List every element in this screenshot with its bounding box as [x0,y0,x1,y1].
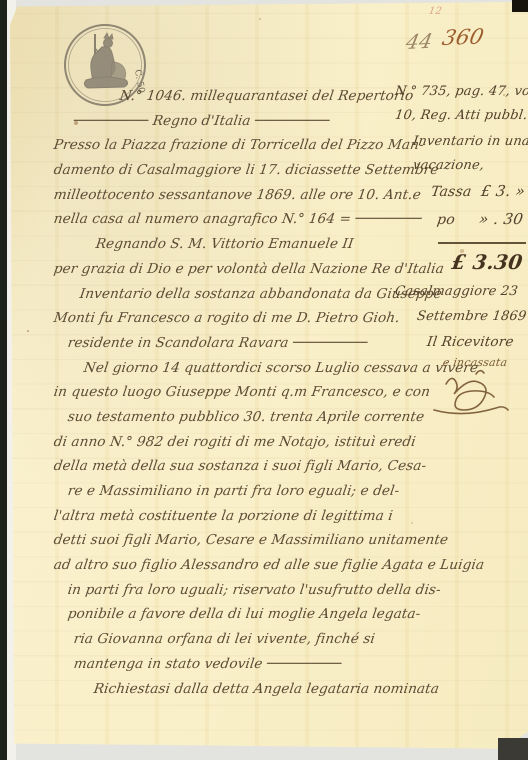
manuscript-line: ponibile a favore della di lui moglie An… [52,602,485,627]
margin-subject-line: Inventario in una [412,134,528,149]
fee-label: Tassa [430,184,473,200]
manuscript-line: mantenga in stato vedovile ───────── [52,652,485,677]
supplement-label: po [436,212,456,228]
manuscript-line: Richiestasi dalla detta Angela legataria… [52,677,485,702]
manuscript-scan: C. 50 44 360 12 N.° 1046. millequarantas… [0,0,528,760]
fee-sum-rule [438,242,526,244]
place-date-line: Casalmaggiore 23 [394,284,519,299]
folio-number-right: 360 [440,25,486,50]
manuscript-line: milleottocento sessantanove 1869. alle o… [52,183,485,208]
manuscript-line: suo testamento pubblico 30. trenta April… [52,405,485,430]
scan-edge-bottomright [498,738,528,760]
corner-mark: 12 [428,6,443,17]
manuscript-line: nella casa al numero anagrafico N.° 164 … [52,207,485,232]
manuscript-line: re e Massimiliano in parti fra loro egua… [52,479,485,504]
manuscript-line: detti suoi figli Mario, Cesare e Massimi… [52,528,485,553]
folio-number-left: 44 [404,29,435,54]
manuscript-line: ria Giovanna orfana di lei vivente, finc… [52,627,485,652]
manuscript-line: di anno N.° 982 dei rogiti di me Notajo,… [52,430,485,455]
registry-reference-line: 10, Reg. Atti pubbl. [394,108,528,123]
supplement-amount: » . 30 [478,210,524,228]
scan-edge-topright [512,0,528,12]
scan-edge-left [0,0,7,760]
manuscript-line: Regnando S. M. Vittorio Emanuele II [52,232,485,257]
manuscript-line: in parti fra loro uguali; riservato l'us… [52,578,485,603]
receiver-title: Il Ricevitore [426,334,515,350]
registry-reference-line: N.° 735, pag. 47, vol. [394,84,528,99]
manuscript-line: residente in Scandolara Ravara ───────── [52,331,485,356]
fee-total: £ 3.30 [450,250,524,274]
fee-amount: £ 3. » [480,182,526,200]
manuscript-body: N.° 1046. millequarantasei del Repertori… [52,84,482,701]
place-date-line: Settembre 1869 [416,309,527,324]
manuscript-line: della metà della sua sostanza i suoi fig… [52,454,485,479]
manuscript-line: Nel giorno 14 quattordici scorso Luglio … [52,356,485,381]
manuscript-line: per grazia di Dio e per volontà della Na… [52,257,485,282]
margin-subject-line: vacazione, [412,158,485,173]
manuscript-line: l'altra metà costituente la porzione di … [52,504,485,529]
stamp-figure [84,33,127,88]
manuscript-line: in questo luogo Giuseppe Monti q.m Franc… [52,380,485,405]
manuscript-line: ad altro suo figlio Alessandro ed alle s… [52,553,485,578]
receiver-signature-flourish [424,366,516,428]
